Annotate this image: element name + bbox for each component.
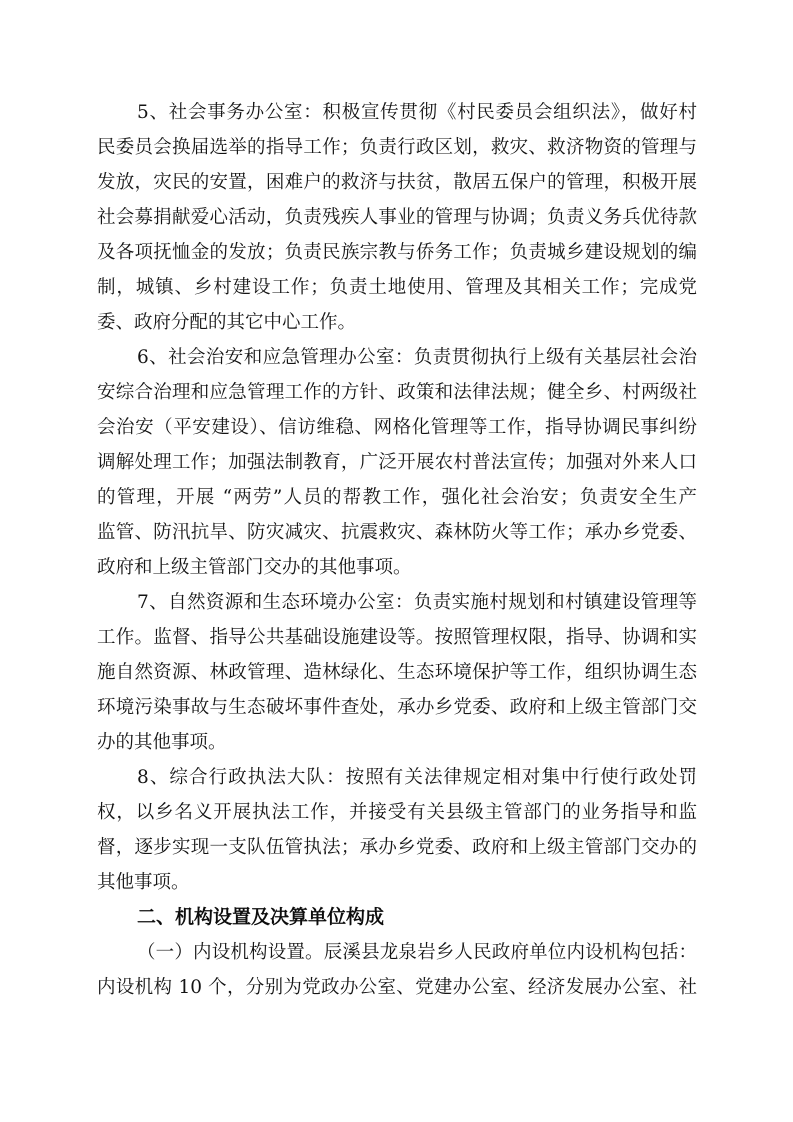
text-line: 委、政府分配的其它中心工作。	[97, 305, 697, 340]
text-line: 5、社会事务办公室：积极宣传贯彻《村民委员会组织法》，做好村	[97, 95, 697, 130]
document-body: 5、社会事务办公室：积极宣传贯彻《村民委员会组织法》，做好村 民委员会换届选举的…	[97, 95, 697, 1005]
text-line: 及各项抚恤金的发放；负责民族宗教与侨务工作；负责城乡建设规划的编	[97, 235, 697, 270]
text-line: 施自然资源、林政管理、造林绿化、生态环境保护等工作，组织协调生态	[97, 655, 697, 690]
text-line: 制，城镇、乡村建设工作；负责土地使用、管理及其相关工作；完成党	[97, 270, 697, 305]
text-line: 政府和上级主管部门交办的其他事项。	[97, 550, 697, 585]
text-line: 督，逐步实现一支队伍管执法；承办乡党委、政府和上级主管部门交办的	[97, 830, 697, 865]
paragraph-internal-structure: （一）内设机构设置。辰溪县龙泉岩乡人民政府单位内设机构包括： 内设机构 10 个…	[97, 935, 697, 1005]
text-line: 权，以乡名义开展执法工作，并接受有关县级主管部门的业务指导和监	[97, 795, 697, 830]
paragraph-law-enforcement-brigade: 8、综合行政执法大队：按照有关法律规定相对集中行使行政处罚 权，以乡名义开展执法…	[97, 760, 697, 900]
text-line: 7、自然资源和生态环境办公室：负责实施村规划和村镇建设管理等	[97, 585, 697, 620]
paragraph-social-affairs-office: 5、社会事务办公室：积极宣传贯彻《村民委员会组织法》，做好村 民委员会换届选举的…	[97, 95, 697, 340]
text-line: 的管理，开展 “两劳”人员的帮教工作，强化社会治安；负责安全生产	[97, 480, 697, 515]
text-line: （一）内设机构设置。辰溪县龙泉岩乡人民政府单位内设机构包括：	[97, 935, 697, 970]
paragraph-public-security-office: 6、社会治安和应急管理办公室：负责贯彻执行上级有关基层社会治 安综合治理和应急管…	[97, 340, 697, 585]
text-line: 环境污染事故与生态破坏事件查处，承办乡党委、政府和上级主管部门交	[97, 690, 697, 725]
text-line: 民委员会换届选举的指导工作；负责行政区划，救灾、救济物资的管理与	[97, 130, 697, 165]
text-line: 其他事项。	[97, 865, 697, 900]
text-line: 6、社会治安和应急管理办公室：负责贯彻执行上级有关基层社会治	[97, 340, 697, 375]
text-line: 办的其他事项。	[97, 725, 697, 760]
text-line: 内设机构 10 个，分别为党政办公室、党建办公室、经济发展办公室、社	[97, 970, 697, 1005]
section-heading: 二、机构设置及决算单位构成	[97, 900, 697, 935]
text-line: 监管、防汛抗旱、防灾减灾、抗震救灾、森林防火等工作；承办乡党委、	[97, 515, 697, 550]
text-line: 会治安（平安建设）、信访维稳、网格化管理等工作，指导协调民事纠纷	[97, 410, 697, 445]
text-line: 调解处理工作；加强法制教育，广泛开展农村普法宣传；加强对外来人口	[97, 445, 697, 480]
text-line: 工作。监督、指导公共基础设施建设等。按照管理权限，指导、协调和实	[97, 620, 697, 655]
text-line: 社会募捐献爱心活动，负责残疾人事业的管理与协调；负责义务兵优待款	[97, 200, 697, 235]
paragraph-natural-resources-office: 7、自然资源和生态环境办公室：负责实施村规划和村镇建设管理等 工作。监督、指导公…	[97, 585, 697, 760]
document-page: 5、社会事务办公室：积极宣传贯彻《村民委员会组织法》，做好村 民委员会换届选举的…	[0, 0, 793, 1122]
text-line: 安综合治理和应急管理工作的方针、政策和法律法规；健全乡、村两级社	[97, 375, 697, 410]
text-line: 8、综合行政执法大队：按照有关法律规定相对集中行使行政处罚	[97, 760, 697, 795]
text-line: 发放，灾民的安置，困难户的救济与扶贫，散居五保户的管理，积极开展	[97, 165, 697, 200]
